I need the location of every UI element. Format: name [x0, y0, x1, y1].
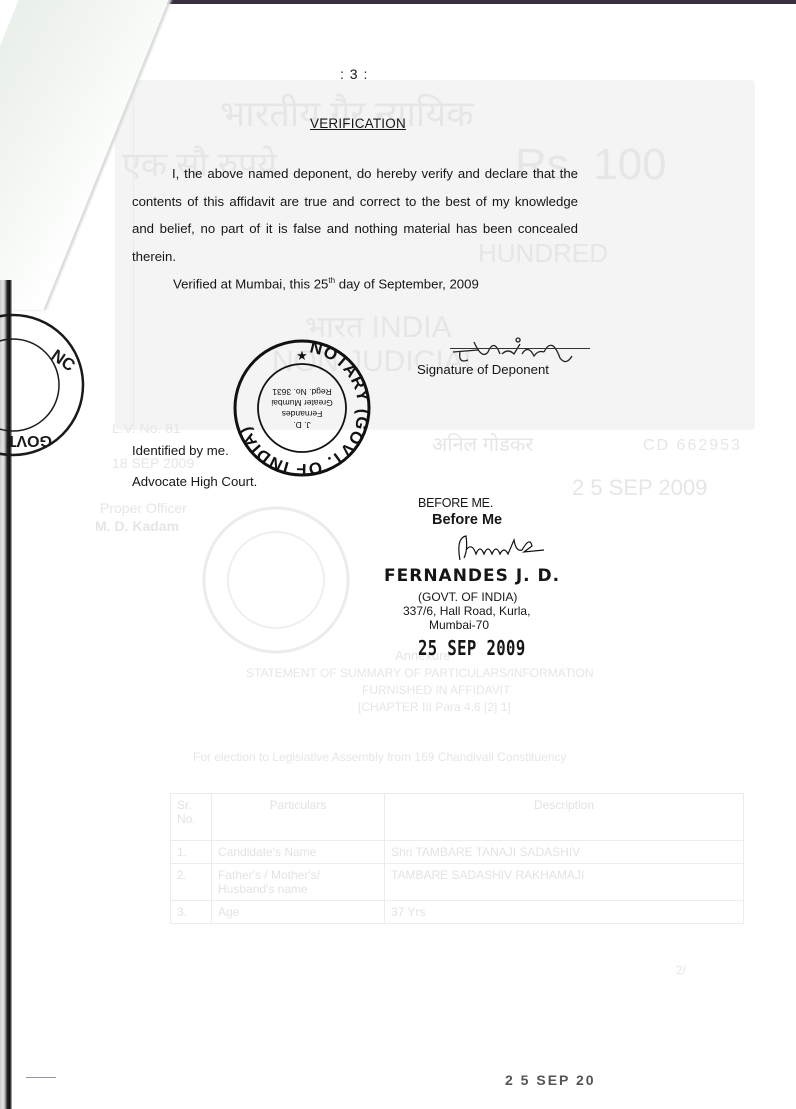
declaration-paragraph: I, the above named deponent, do hereby v…	[132, 160, 578, 270]
deponent-signature-label: Signature of Deponent	[417, 362, 549, 377]
bleed-officer-name: M. D. Kadam	[95, 518, 179, 534]
table-header-cell: Particulars	[212, 794, 385, 841]
table-cell: Candidate's Name	[212, 841, 385, 864]
table-header-row: Sr. No. Particulars Description	[171, 794, 744, 841]
notary-signature	[452, 532, 552, 564]
table-cell: 2.	[171, 864, 212, 901]
bleed-statement-line3: [CHAPTER III Para 4.6 [2] 1]	[358, 700, 511, 714]
table-row: 2. Father's / Mother's/ Husband's name T…	[171, 864, 744, 901]
bleed-notary-seal	[196, 500, 356, 660]
before-me-caps: BEFORE ME.	[418, 496, 493, 510]
svg-text:J. D.: J. D.	[293, 420, 310, 430]
table-cell: 1.	[171, 841, 212, 864]
bleed-statement-line2: FURNISHED IN AFFIDAVIT	[362, 683, 510, 697]
page-number: : 3 :	[340, 66, 368, 82]
table-header-cell: Sr. No.	[171, 794, 212, 841]
notary-date-stamp: 25 SEP 2009	[418, 636, 526, 660]
bleed-vendor-name: अनिल गोडकर	[432, 430, 533, 457]
bleed-statement-line1: STATEMENT OF SUMMARY OF PARTICULARS/INFO…	[246, 666, 594, 680]
notary-seal-partial: NC GOVT	[0, 310, 88, 460]
svg-text:Fernandes: Fernandes	[282, 409, 323, 419]
table-cell: Father's / Mother's/ Husband's name	[212, 864, 385, 901]
notary-address-line1: 337/6, Hall Road, Kurla,	[403, 604, 530, 618]
svg-text:GOVT: GOVT	[6, 432, 52, 449]
svg-text:★: ★	[296, 348, 308, 363]
table-cell: 37 Yrs	[385, 901, 744, 924]
identified-by-text: Identified by me.	[132, 443, 229, 458]
footer-mark	[26, 1077, 56, 1078]
bleed-serial-number: CD 662953	[643, 437, 742, 455]
bleed-page-marker: 2/	[676, 963, 686, 977]
before-me-stamp: Before Me	[432, 512, 502, 528]
scan-top-edge	[105, 0, 796, 4]
table-cell: Age	[212, 901, 385, 924]
verified-suffix: day of September, 2009	[335, 276, 479, 291]
document-title: VERIFICATION	[310, 116, 406, 131]
bleed-proper-officer: Proper Officer	[100, 500, 187, 516]
notary-name: FERNANDES J. D.	[384, 566, 560, 586]
svg-text:Regd. No. 3631: Regd. No. 3631	[272, 387, 332, 397]
table-row: 3. Age 37 Yrs	[171, 901, 744, 924]
bleed-election-line: For election to Legislative Assembly fro…	[193, 750, 567, 764]
signature-line	[450, 348, 590, 349]
footer-partial-stamp: 2 5 SEP 20	[505, 1072, 596, 1088]
advocate-text: Advocate High Court.	[132, 474, 257, 489]
bleed-particulars-table: Sr. No. Particulars Description 1. Candi…	[170, 793, 744, 924]
bleed-vendor-license: L.V. No. 81	[112, 420, 181, 436]
table-cell: Shri TAMBARE TANAJI SADASHIV	[385, 841, 744, 864]
table-row: 1. Candidate's Name Shri TAMBARE TANAJI …	[171, 841, 744, 864]
notary-govt: (GOVT. OF INDIA)	[418, 590, 517, 604]
verification-place-date: Verified at Mumbai, this 25th day of Sep…	[173, 276, 479, 291]
table-cell: 3.	[171, 901, 212, 924]
table-header-cell: Description	[385, 794, 744, 841]
table-cell: TAMBARE SADASHIV RAKHAMAJI	[385, 864, 744, 901]
verified-prefix: Verified at Mumbai, this 25	[173, 276, 328, 291]
notary-address-line2: Mumbai-70	[429, 618, 489, 632]
bleed-vendor-date: 2 5 SEP 2009	[572, 475, 707, 501]
notary-seal: NOTARY (GOVT. OF INDIA) ★ J. D. Fernande…	[232, 338, 372, 478]
svg-text:Greater Mumbai: Greater Mumbai	[271, 398, 333, 408]
